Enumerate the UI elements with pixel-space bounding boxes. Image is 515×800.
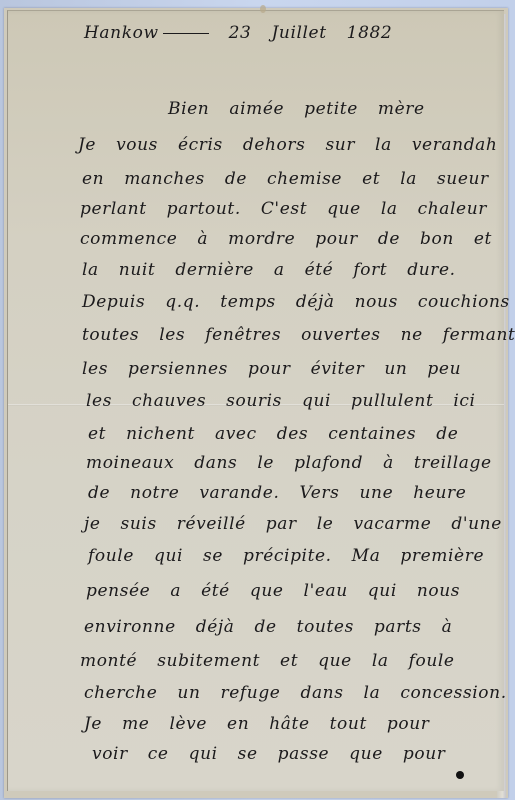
letter-header: Hankow 23 Juillet 1882 bbox=[84, 23, 392, 43]
letter-line: cherche un refuge dans la concession. bbox=[84, 683, 507, 703]
letter-line: de notre varande. Vers une heure bbox=[88, 483, 466, 503]
date-month: Juillet bbox=[271, 23, 326, 43]
letter-line: pensée a été que l'eau qui nous bbox=[86, 581, 460, 601]
letter-line: voir ce qui se passe que pour bbox=[92, 744, 445, 764]
date-day: 23 bbox=[229, 23, 252, 43]
place-name: Hankow bbox=[84, 23, 159, 43]
date-year: 1882 bbox=[347, 23, 393, 43]
letter-page: Hankow 23 Juillet 1882 Bien aimée petite… bbox=[7, 10, 504, 791]
letter-line: en manches de chemise et la sueur bbox=[82, 169, 489, 189]
letter-line: la nuit dernière a été fort dure. bbox=[82, 260, 456, 280]
letter-line: environne déjà de toutes parts à bbox=[84, 617, 452, 637]
ink-dot bbox=[456, 771, 464, 779]
letter-line: monté subitement et que la foule bbox=[80, 651, 455, 671]
letter-line: et nichent avec des centaines de bbox=[88, 424, 458, 444]
letter-line: toutes les fenêtres ouvertes ne fermant … bbox=[82, 325, 515, 345]
flourish-dash bbox=[163, 33, 209, 35]
photo-scene: Hankow 23 Juillet 1882 Bien aimée petite… bbox=[0, 0, 515, 800]
letter-line: je suis réveillé par le vacarme d'une bbox=[84, 514, 502, 534]
letter-line: foule qui se précipite. Ma première bbox=[88, 546, 484, 566]
letter-line: Je me lève en hâte tout pour bbox=[84, 714, 429, 734]
letter-line: Depuis q.q. temps déjà nous couchions bbox=[82, 292, 510, 312]
letter-line: les chauves souris qui pullulent ici bbox=[86, 391, 476, 411]
letter-line: Je vous écris dehors sur la verandah bbox=[78, 135, 497, 155]
letter-line: commence à mordre pour de bon et bbox=[80, 229, 492, 249]
letter-line: perlant partout. C'est que la chaleur bbox=[80, 199, 487, 219]
salutation: Bien aimée petite mère bbox=[168, 99, 425, 119]
paper-stain bbox=[260, 5, 266, 13]
letter-line: les persiennes pour éviter un peu bbox=[82, 359, 461, 379]
letter-line: moineaux dans le plafond à treillage bbox=[86, 453, 492, 473]
